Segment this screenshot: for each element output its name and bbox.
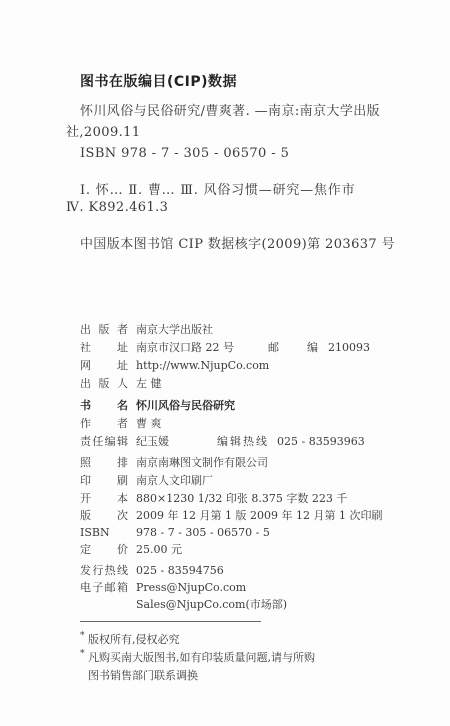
- email-label: 电子邮箱: [80, 580, 128, 596]
- price-value: 25.00 元: [136, 542, 182, 558]
- email-sales-value: Sales@NjupCo.com(市场部): [136, 597, 287, 613]
- author-label: 作者: [80, 416, 128, 432]
- edition-value: 2009 年 12 月第 1 版 2009 年 12 月第 1 次印刷: [136, 508, 382, 524]
- author-value: 曹 爽: [136, 416, 162, 432]
- postcode-label: 邮编: [268, 340, 318, 356]
- website-row: 网址http://www.NjupCo.com: [80, 358, 269, 374]
- printing-row: 印刷南京人文印刷厂: [80, 473, 213, 489]
- publisher-label: 出版者: [80, 322, 128, 338]
- cip-citation-line-2: 社,2009.11: [66, 121, 141, 140]
- format-row: 开本880×1230 1/32 印张 8.375 字数 223 千: [80, 491, 347, 507]
- editor-label: 责任编辑: [80, 434, 128, 450]
- note-quality: *凡购买南大版图书,如有印装质量问题,请与所购: [80, 649, 315, 665]
- editor-hotline-label: 编辑热线: [217, 434, 267, 450]
- website-value: http://www.NjupCo.com: [136, 358, 269, 374]
- printing-label: 印刷: [80, 473, 128, 489]
- cip-subjects-line-2: Ⅳ. K892.461.3: [66, 200, 168, 215]
- format-value: 880×1230 1/32 印张 8.375 字数 223 千: [136, 491, 347, 507]
- book-title-value: 怀川风俗与民俗研究: [136, 398, 235, 414]
- author-row: 作者曹 爽: [80, 416, 162, 432]
- note-quality-text: 凡购买南大版图书,如有印装质量问题,请与所购: [88, 651, 315, 664]
- publisher-person-label: 出版人: [80, 376, 128, 392]
- bullet-icon: *: [80, 649, 88, 659]
- sales-hotline-row: 发行热线025 - 83594756: [80, 563, 224, 579]
- publisher-value: 南京大学出版社: [136, 322, 213, 338]
- note-copyright: *版权所有,侵权必究: [80, 631, 180, 647]
- edition-row: 版次2009 年 12 月第 1 版 2009 年 12 月第 1 次印刷: [80, 508, 382, 524]
- typesetting-row: 照排南京南琳图文制作有限公司: [80, 455, 268, 471]
- format-label: 开本: [80, 491, 128, 507]
- sales-hotline-value: 025 - 83594756: [136, 563, 224, 579]
- email-row: 电子邮箱Press@NjupCo.com: [80, 580, 246, 596]
- email-press-value: Press@NjupCo.com: [136, 580, 246, 596]
- publisher-person-row: 出版人左 健: [80, 376, 162, 392]
- note-quality-continued: 图书销售部门联系调换: [88, 667, 198, 683]
- sales-hotline-label: 发行热线: [80, 563, 128, 579]
- note-copyright-text: 版权所有,侵权必究: [88, 633, 180, 646]
- cip-verification-number: 中国版本图书馆 CIP 数据核字(2009)第 203637 号: [80, 233, 395, 252]
- printing-value: 南京人文印刷厂: [136, 473, 213, 489]
- address-label: 社址: [80, 340, 128, 356]
- cip-subjects-line-1: Ⅰ. 怀… Ⅱ. 曹… Ⅲ. 风俗习惯—研究—焦作市: [80, 179, 355, 198]
- editor-value: 纪玉媛: [136, 434, 169, 450]
- typesetting-value: 南京南琳图文制作有限公司: [136, 455, 268, 471]
- bullet-icon: *: [80, 631, 88, 641]
- postcode-value: 210093: [328, 340, 370, 356]
- price-label: 定价: [80, 542, 128, 558]
- address-row: 社址南京市汉口路 22 号邮编210093: [80, 340, 370, 356]
- cip-isbn: ISBN 978 - 7 - 305 - 06570 - 5: [80, 146, 289, 161]
- website-label: 网址: [80, 358, 128, 374]
- email-sales-row: Sales@NjupCo.com(市场部): [80, 597, 287, 613]
- edition-label: 版次: [80, 508, 128, 524]
- editor-hotline-value: 025 - 83593963: [277, 434, 365, 450]
- editor-row: 责任编辑纪玉媛编辑热线025 - 83593963: [80, 434, 365, 450]
- price-row: 定价25.00 元: [80, 542, 182, 558]
- note-quality-continued-text: 图书销售部门联系调换: [88, 669, 198, 682]
- isbn-value: 978 - 7 - 305 - 06570 - 5: [136, 525, 270, 541]
- isbn-row: ISBN978 - 7 - 305 - 06570 - 5: [80, 525, 270, 541]
- divider: [80, 621, 261, 622]
- isbn-label: ISBN: [80, 525, 128, 541]
- publisher-row: 出版者南京大学出版社: [80, 322, 213, 338]
- address-value: 南京市汉口路 22 号: [136, 340, 234, 356]
- cip-citation-line-1: 怀川风俗与民俗研究/曹爽著. —南京:南京大学出版: [80, 100, 380, 119]
- publisher-person-value: 左 健: [136, 376, 162, 392]
- copyright-page: 图书在版编目(CIP)数据 怀川风俗与民俗研究/曹爽著. —南京:南京大学出版 …: [0, 0, 450, 726]
- cip-title: 图书在版编目(CIP)数据: [80, 71, 237, 91]
- book-title-row: 书名怀川风俗与民俗研究: [80, 398, 235, 414]
- book-title-label: 书名: [80, 398, 128, 414]
- typesetting-label: 照排: [80, 455, 128, 471]
